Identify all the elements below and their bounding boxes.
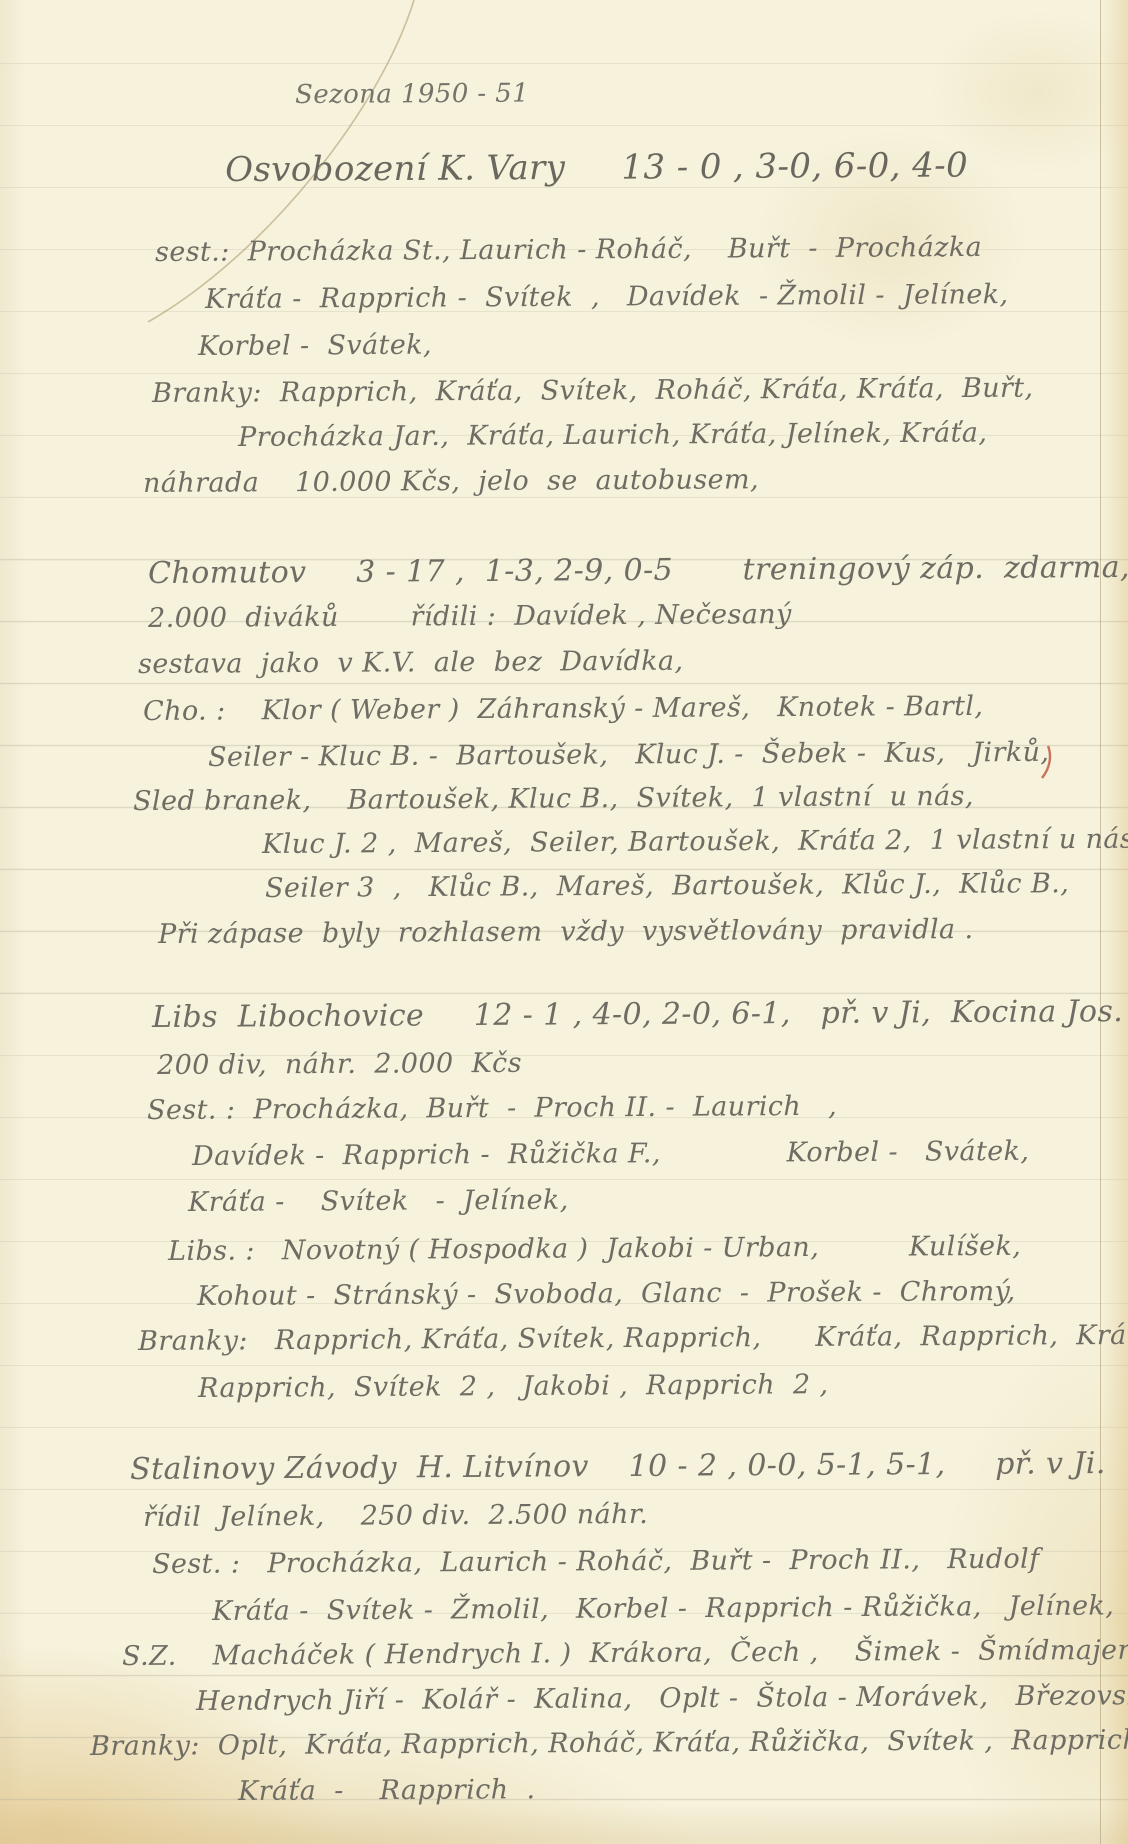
handwritten-line: náhrada 10.000 Kčs, jelo se autobusem, [143,464,759,499]
page-edge-shading [1101,0,1128,1844]
handwritten-line: Kluc J. 2 , Mareš, Seiler, Bartoušek, Kr… [262,824,1128,860]
handwritten-line: Branky: Rapprich, Kráťa, Svítek, Rappric… [138,1320,1128,1357]
handwritten-line: Branky: Oplt, Kráťa, Rapprich, Roháč, Kr… [90,1724,1128,1762]
handwritten-line: Při zápase byly rozhlasem vždy vysvětlov… [158,914,974,950]
match-heading: Osvobození K. Vary 13 - 0 , 3-0, 6-0, 4-… [225,145,968,190]
season-title: Sezona 1950 - 51 [295,79,529,110]
handwritten-line: Rapprich, Svítek 2 , Jakobi , Rapprich 2… [198,1369,829,1404]
handwritten-line: Kráťa - Rapprich - Svítek , Davídek - Žm… [205,279,1008,315]
handwritten-line: Sest. : Procházka, Laurich - Roháč, Buřt… [152,1544,1040,1580]
handwritten-line: 200 div, náhr. 2.000 Kčs [157,1048,522,1081]
handwritten-line: sest.: Procházka St., Laurich - Roháč, B… [155,232,982,268]
handwritten-line: Sled branek, Bartoušek, Kluc B., Svítek,… [133,781,974,817]
handwritten-line: Kohout - Stránský - Svoboda, Glanc - Pro… [197,1276,1016,1312]
page-edge-line [1100,0,1101,1844]
handwritten-line: Hendrych Jiří - Kolář - Kalina, Oplt - Š… [196,1680,1128,1717]
handwritten-line: řídil Jelínek, 250 div. 2.500 náhr. [143,1499,648,1533]
handwritten-line: Kráťa - Svítek - Žmolil, Korbel - Rappri… [212,1590,1114,1627]
handwritten-line: Branky: Rapprich, Kráťa, Svítek, Roháč, … [152,373,1034,409]
handwritten-line: Sest. : Procházka, Buřt - Proch II. - La… [147,1091,837,1126]
match-heading: Chomutov 3 - 17 , 1-3, 2-9, 0-5 treningo… [148,550,1128,591]
handwritten-line: Seiler 3 , Klůc B., Mareš, Bartoušek, Kl… [265,868,1069,904]
handwritten-line: S.Z. Macháček ( Hendrych I. ) Krákora, Č… [122,1635,1128,1672]
handwritten-line: Procházka Jar., Kráťa, Laurich, Kráťa, J… [238,417,987,453]
notebook-page: { "page": { "season_title": "Sezona 1950… [0,0,1128,1844]
handwritten-line: Libs. : Novotný ( Hospodka ) Jakobi - Ur… [168,1231,1021,1267]
handwritten-line: Kráťa - Rapprich . [238,1774,536,1807]
handwritten-line: 2.000 diváků řídili : Davídek , Nečesaný [148,599,792,634]
handwritten-line: sestava jako v K.V. ale bez Davídka, [138,646,684,680]
handwritten-line: Davídek - Rapprich - Růžička F., Korbel … [192,1136,1029,1172]
handwritten-line: Cho. : Klor ( Weber ) Záhranský - Mareš,… [143,691,983,727]
handwritten-line: Kráťa - Svítek - Jelínek, [188,1185,569,1218]
match-heading: Libs Libochovice 12 - 1 , 4-0, 2-0, 6-1,… [152,994,1123,1035]
handwritten-line: Seiler - Kluc B. - Bartoušek, Kluc J. - … [208,737,1049,773]
handwritten-line: Korbel - Svátek, [198,330,432,362]
match-heading: Stalinovy Závody H. Litvínov 10 - 2 , 0-… [130,1446,1106,1487]
